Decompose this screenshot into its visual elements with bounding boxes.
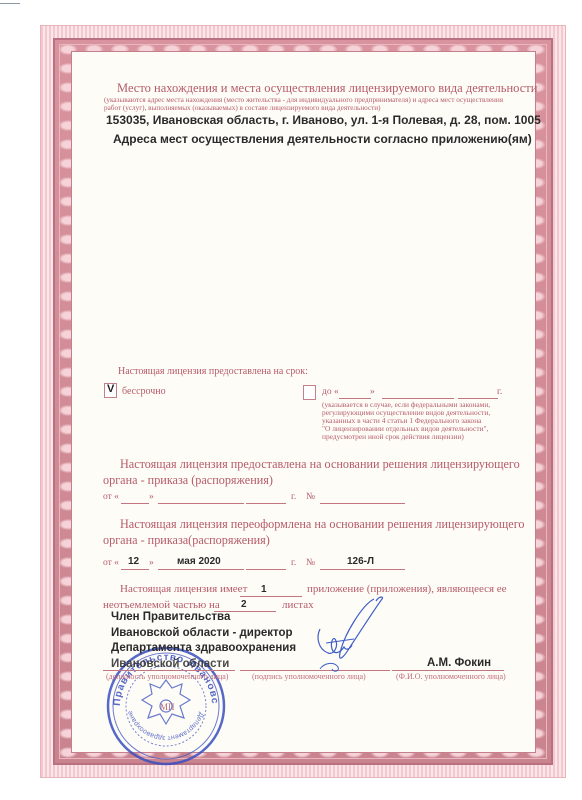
- reissued-number-line: [320, 569, 405, 570]
- until-prefix: до «: [322, 387, 339, 397]
- reissued-day: 12: [128, 556, 139, 567]
- reissued-year-line: [246, 569, 286, 570]
- appendix-count: 1: [261, 584, 267, 595]
- location-note-line2: работ (услуг), выполняемых (оказываемых)…: [104, 104, 381, 112]
- granted-number-line: [320, 503, 405, 504]
- appendix-sheets: 2: [241, 599, 247, 610]
- until-note-4: предусмотрен иной срок действия лицензии…: [322, 432, 464, 441]
- unlimited-label: бессрочно: [122, 386, 166, 397]
- reissued-year-suffix: г.: [291, 558, 296, 568]
- granted-quote-close: »: [149, 492, 154, 502]
- handwritten-signature: [300, 595, 410, 675]
- position-line-0: Член Правительства: [111, 611, 230, 623]
- position-line-1: Ивановской области - директор: [111, 627, 293, 639]
- until-checkbox[interactable]: [303, 385, 316, 400]
- position-line: [103, 670, 235, 671]
- reissued-number: 126-Л: [347, 556, 374, 567]
- position-line-3: Ивановской области: [111, 658, 229, 670]
- check-mark: V: [107, 383, 114, 395]
- granted-year-line: [246, 503, 286, 504]
- granted-year-suffix: г.: [291, 492, 296, 502]
- unlimited-checkbox[interactable]: V: [104, 383, 117, 398]
- until-quote-close: »: [370, 387, 375, 397]
- position-line-2: Департамента здравоохранения: [111, 642, 296, 654]
- until-month-line: [382, 398, 454, 399]
- granted-line1: Настоящая лицензия предоставлена на осно…: [120, 457, 520, 472]
- reissued-line1: Настоящая лицензия переоформлена на осно…: [120, 517, 524, 532]
- granted-month-line: [158, 503, 244, 504]
- reissued-month-line: [158, 569, 244, 570]
- until-day-line: [339, 398, 371, 399]
- location-note-line1: (указываются адрес места нахождения (мес…: [104, 96, 503, 104]
- svg-text:МП: МП: [160, 702, 175, 712]
- position-caption: (должность уполномоченного лица): [106, 672, 228, 681]
- appendix-prefix: Настоящая лицензия имеет: [120, 583, 247, 595]
- until-year-line: [458, 398, 498, 399]
- appendix-sheets-prefix: неотъемлемой частью на: [103, 599, 220, 611]
- reissued-from-prefix: от «: [103, 558, 119, 568]
- reissued-line2: органа - приказа(распоряжения): [103, 533, 270, 548]
- granted-number-label: №: [306, 492, 315, 502]
- scan-edge-mark: [0, 3, 20, 4]
- reissued-quote-close: »: [149, 558, 154, 568]
- reissued-month-year: мая 2020: [177, 556, 221, 567]
- granted-from-prefix: от «: [103, 492, 119, 502]
- term-label: Настоящая лицензия предоставлена на срок…: [118, 366, 308, 377]
- location-heading: Место нахождения и места осуществления л…: [117, 81, 537, 96]
- granted-day-line: [121, 503, 149, 504]
- reissued-number-label: №: [306, 558, 315, 568]
- address-value: 153035, Ивановская область, г. Иваново, …: [106, 113, 541, 127]
- name-caption: (Ф.И.О. уполномоченного лица): [396, 672, 506, 681]
- appendix-count-line: [240, 596, 302, 597]
- signatory-name: А.М. Фокин: [427, 657, 491, 669]
- addresses-reference: Адреса мест осуществления деятельности с…: [113, 132, 532, 146]
- appendix-middle: приложение (приложения), являющееся ее: [307, 583, 507, 595]
- until-year-suffix: г.: [497, 387, 502, 397]
- reissued-day-line: [121, 569, 149, 570]
- granted-line2: органа - приказа (распоряжения): [103, 473, 273, 488]
